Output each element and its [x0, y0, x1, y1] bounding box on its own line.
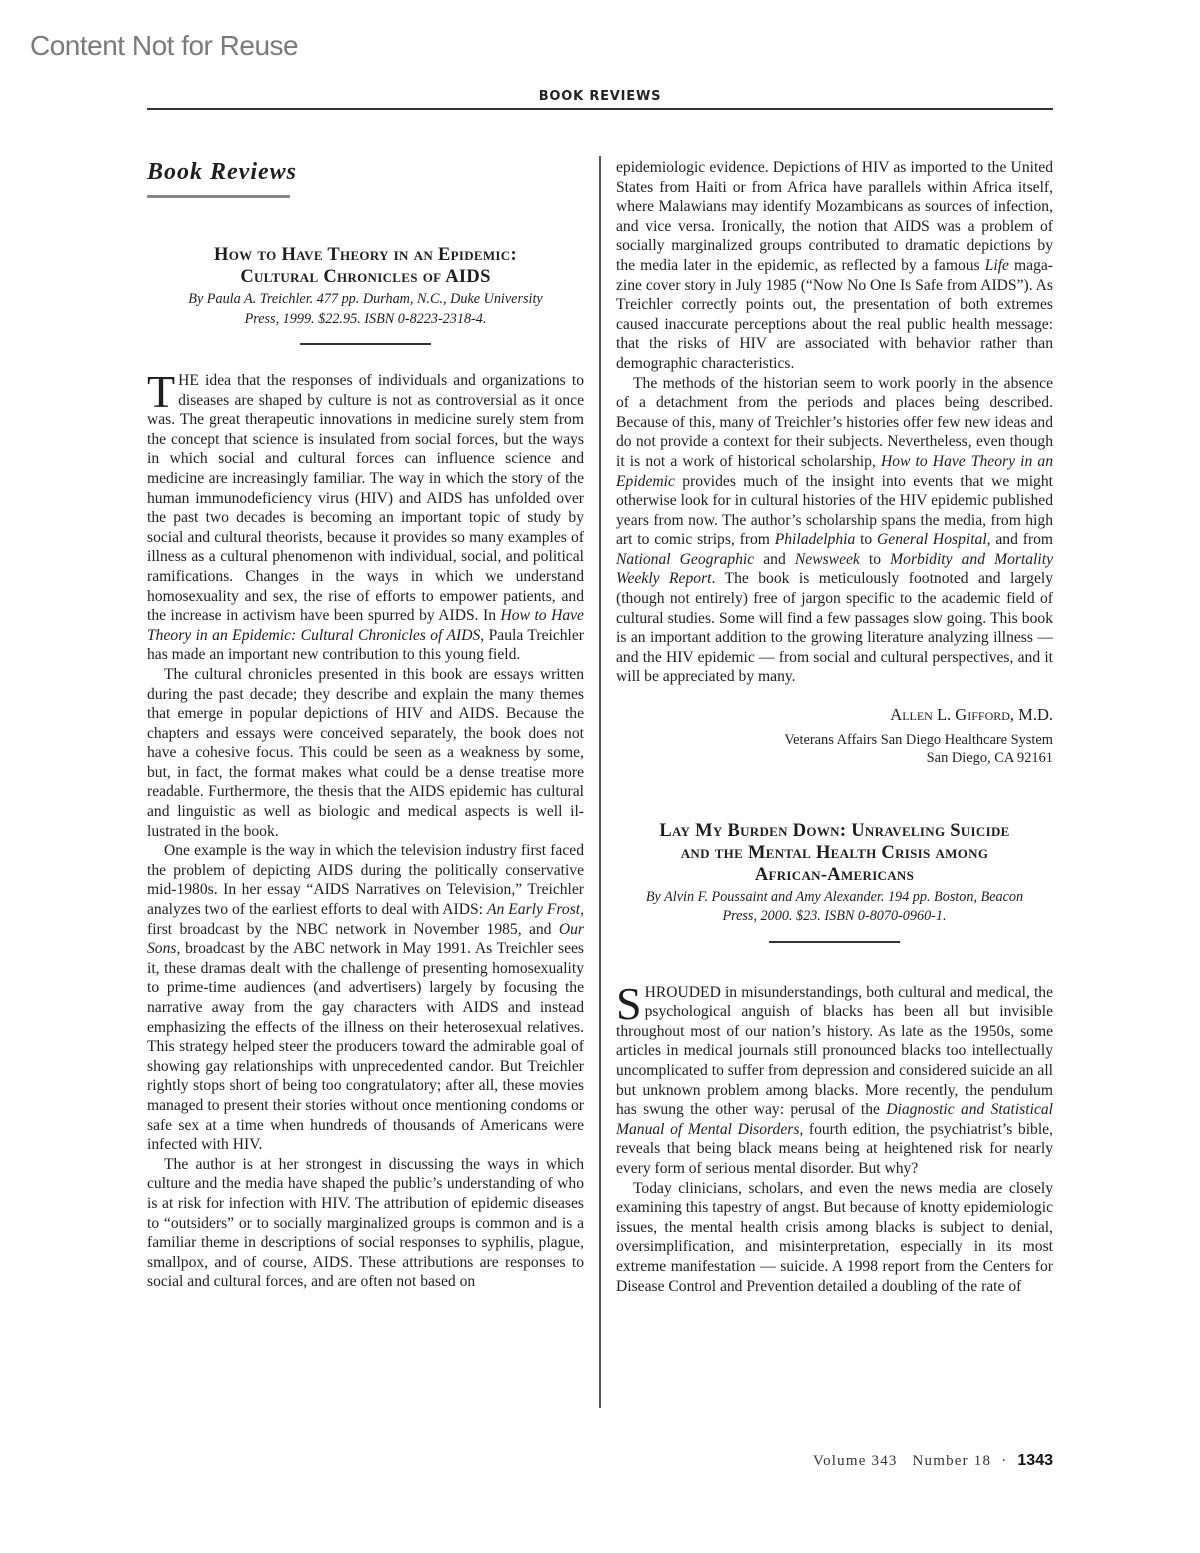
watermark: Content Not for Reuse [30, 30, 298, 62]
review-1-biblio-line-1: By Paula A. Treichler. 477 pp. Durham, N… [188, 291, 542, 307]
review-2-title-line-2: and the Mental Health Crisis among [681, 843, 989, 863]
drop-cap: S [616, 987, 642, 1021]
review-1-paragraph-1: The idea that the responses of individua… [147, 371, 584, 665]
column-divider [599, 156, 601, 1408]
review-2-title-line-1: Lay My Burden Down: Unraveling Suicide [659, 821, 1009, 841]
review-2-bibliographic-info: By Alvin F. Poussaint and Amy Alexander.… [616, 888, 1053, 927]
review-1-title-line-1: How to Have Theory in an Epidemic: [214, 245, 517, 265]
right-column: epidemiologic evidence. Depictions of HI… [616, 158, 1053, 1296]
review-2-biblio-line-1: By Alvin F. Poussaint and Amy Alexander.… [646, 889, 1023, 905]
title-italic: Philadelphia [775, 531, 856, 548]
review-1-bibliographic-info: By Paula A. Treichler. 477 pp. Durham, N… [147, 290, 584, 329]
text: and [754, 551, 795, 568]
review-1-title-line-2: Cultural Chronicles of AIDS [240, 267, 490, 287]
text: first broadcast by the NBC network in No… [147, 921, 559, 938]
page-number: 1343 [1017, 1452, 1053, 1469]
text: to [855, 531, 877, 548]
title-italic: National Geographic [616, 551, 754, 568]
left-column: Book Reviews How to Have Theory in an Ep… [147, 158, 584, 1292]
title-italic: General Hospital, [877, 531, 991, 548]
separator-dot: · [1001, 1453, 1007, 1469]
title-italic: Newsweek [795, 551, 860, 568]
reviewer-signature: Allen L. Gifford, M.D. Veterans Affairs … [616, 705, 1053, 768]
running-head: BOOK REVIEWS [147, 89, 1053, 104]
review-1-paragraph-4-continued: epidemiologic evidence. Depictions of HI… [616, 158, 1053, 374]
issue-number: Number 18 [913, 1453, 992, 1469]
text: . The book is meticulously footnoted and… [616, 570, 1053, 685]
review-2-paragraph-1: Shrouded in misunderstandings, both cult… [616, 983, 1053, 1179]
header-rule [147, 108, 1053, 110]
review-2-biblio-line-2: Press, 2000. $23. ISBN 0-8070-0960-1. [722, 908, 946, 924]
text: to [860, 551, 890, 568]
magazine-title-italic: Life [985, 257, 1009, 274]
volume-number: Volume 343 [813, 1453, 898, 1469]
film-title-italic: An Early Frost, [487, 901, 584, 918]
affiliation: Veterans Affairs San Diego Healthcare Sy… [784, 732, 1053, 748]
location: San Diego, CA 92161 [927, 750, 1053, 766]
review-1-paragraph-3: One example is the way in which the tele… [147, 841, 584, 1155]
text: broadcast by the ABC network in May 1991… [147, 940, 584, 1153]
drop-cap: T [147, 375, 175, 409]
reviewer-name: Allen L. Gifford, M.D. [616, 705, 1053, 725]
review-2-paragraph-2: Today clinicians, scholars, and even the… [616, 1179, 1053, 1297]
review-2-title: Lay My Burden Down: Unraveling Suicide a… [616, 820, 1053, 886]
text: in misunderstandings, both cultural and … [616, 984, 1053, 1119]
page-footer: Volume 343 Number 18·1343 [600, 1452, 1053, 1470]
reviewer-affiliation: Veterans Affairs San Diego Healthcare Sy… [616, 731, 1053, 768]
review-1-paragraph-4: The author is at her strongest in discus… [147, 1155, 584, 1292]
text: and from [991, 531, 1053, 548]
review-1-title: How to Have Theory in an Epidemic: Cultu… [147, 244, 584, 288]
text: maga­zine cover story in July 1985 (“Now… [616, 257, 1053, 372]
review-1-paragraph-2: The cultural chronicles presented in thi… [147, 665, 584, 841]
review-1-paragraph-5: The methods of the historian seem to wor… [616, 374, 1053, 688]
review-1-biblio-line-2: Press, 1999. $22.95. ISBN 0-8223-2318-4. [245, 311, 487, 327]
section-title: Book Reviews [147, 158, 584, 186]
lead-in: he [178, 372, 199, 389]
lead-in: hrouded [645, 984, 721, 1001]
text: idea that the responses of individuals a… [147, 372, 584, 624]
review-2-title-line-3: African-Americans [755, 865, 914, 885]
